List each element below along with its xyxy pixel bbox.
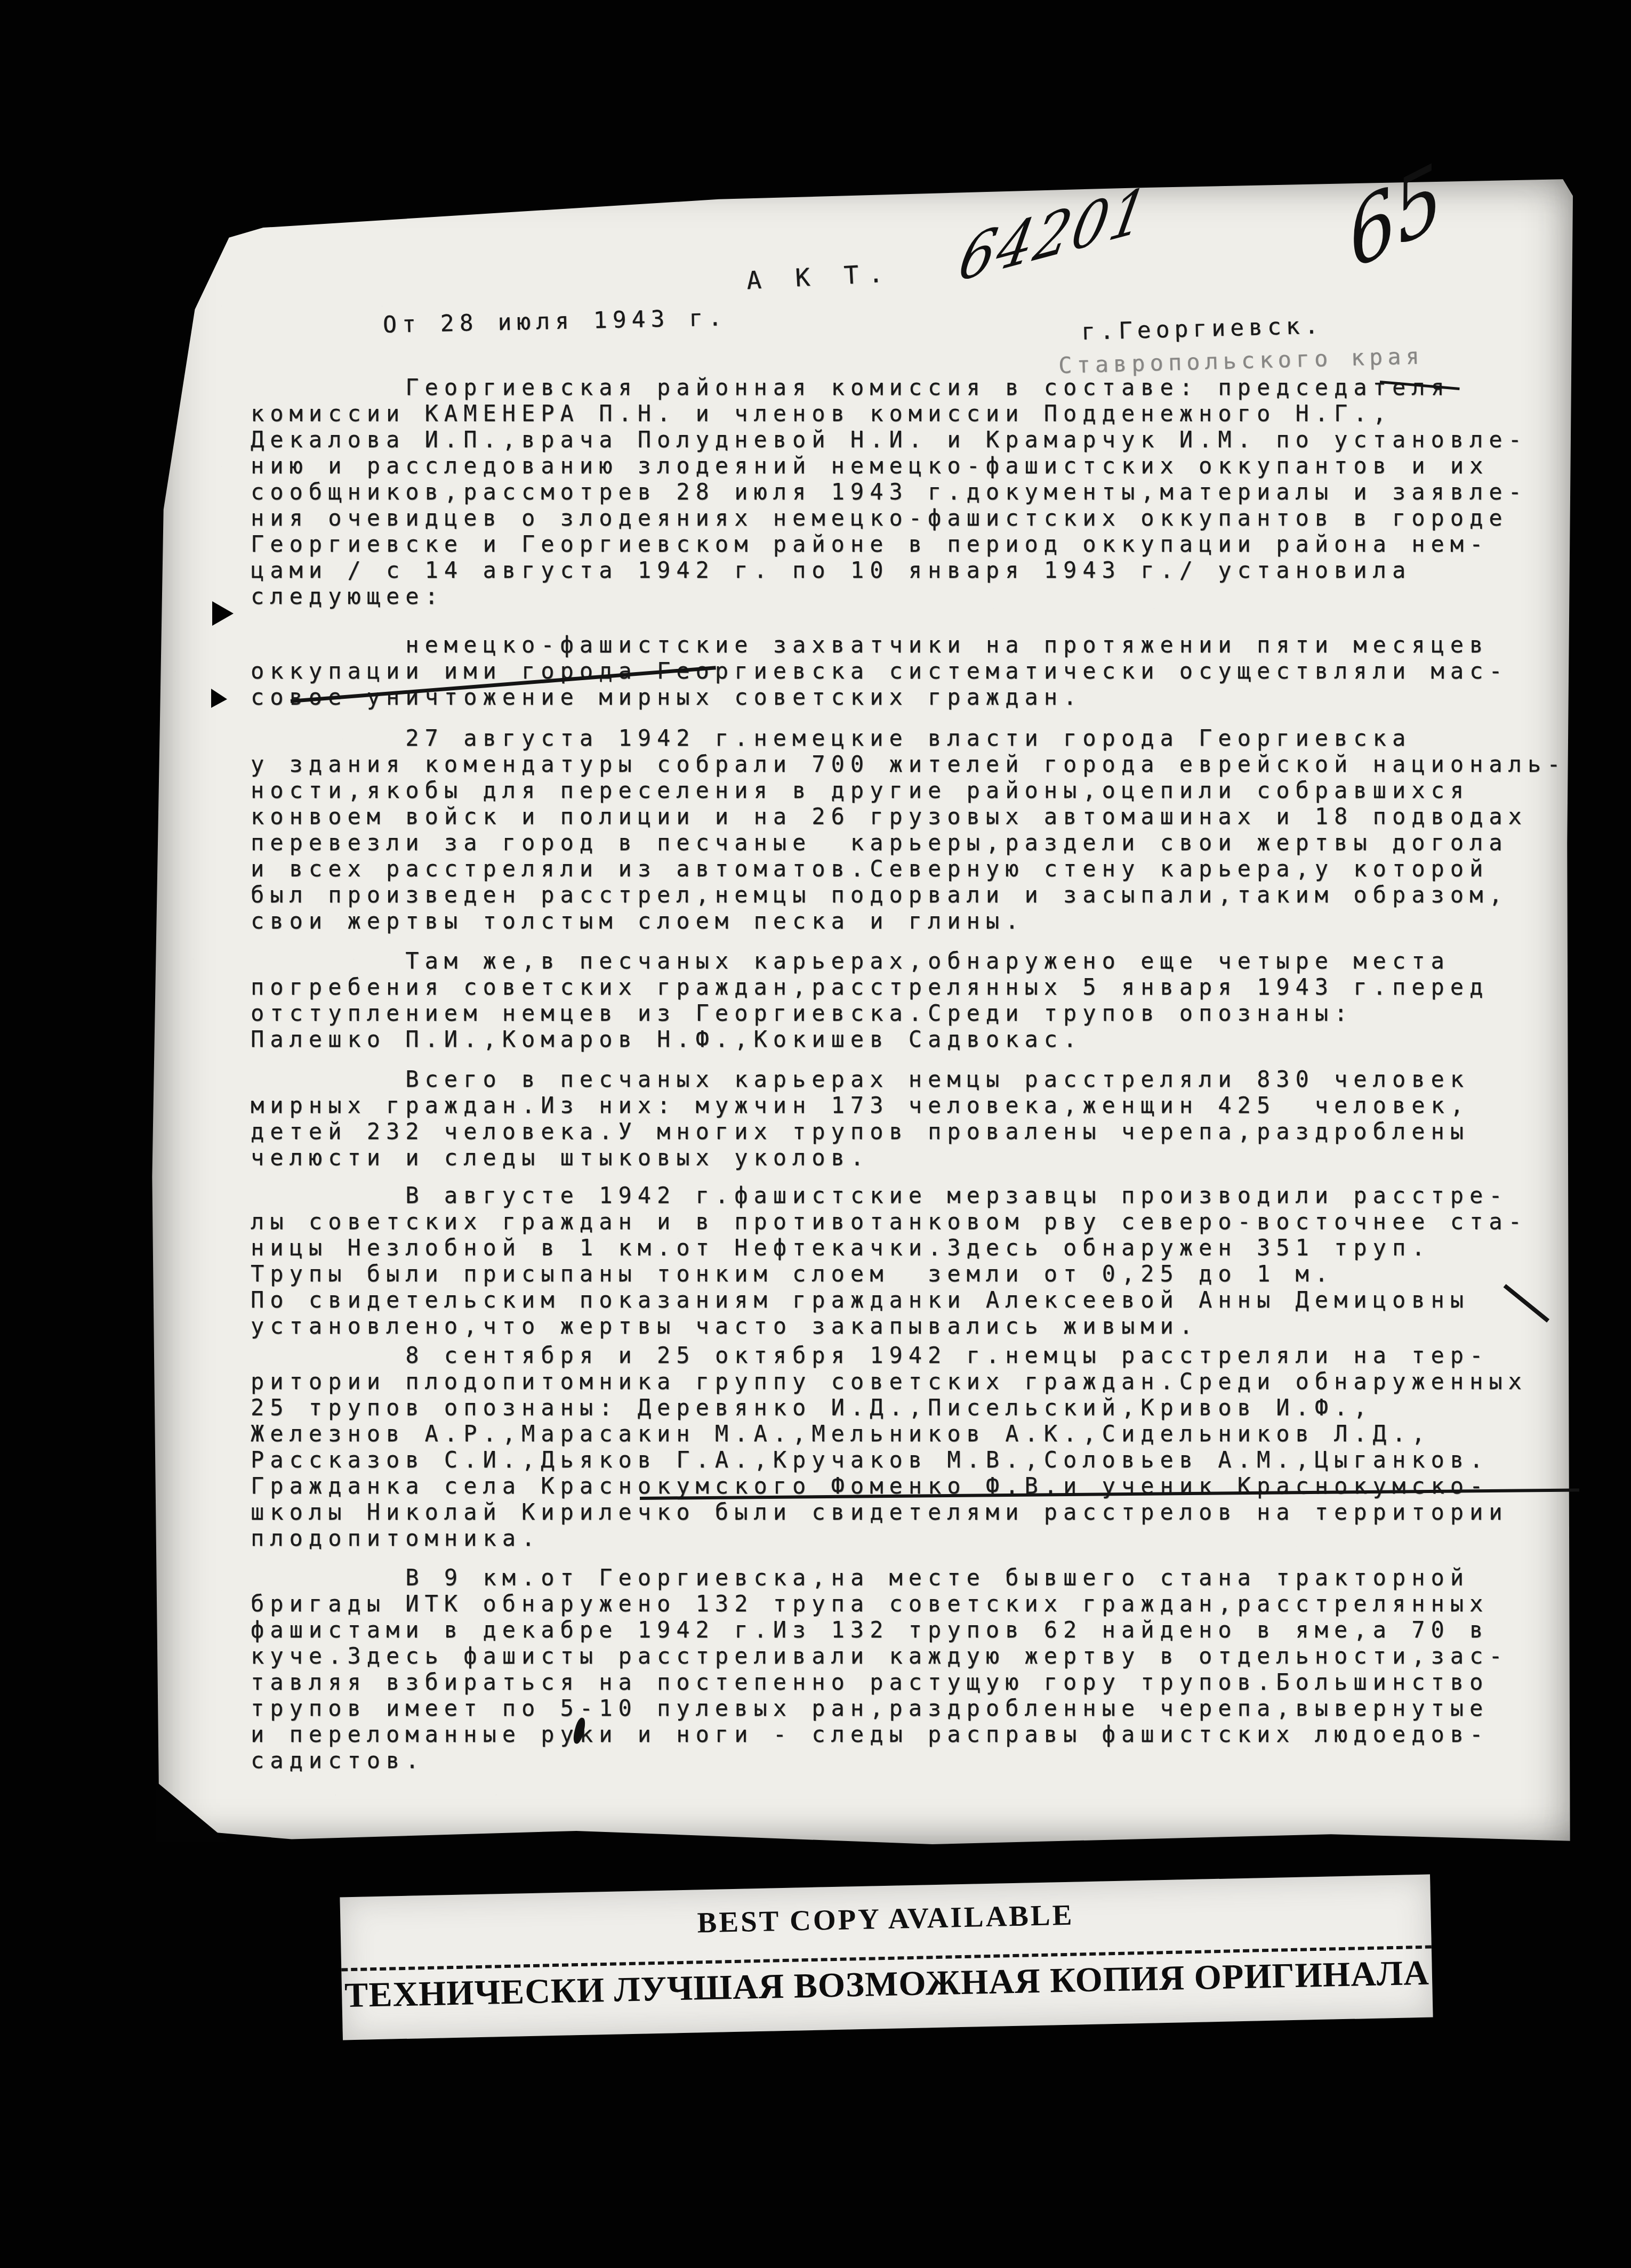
footer-banner: BEST COPY AVAILABLE ТЕХНИЧЕСКИ ЛУЧШАЯ ВО… xyxy=(340,1875,1433,2040)
paragraph-august-27: 27 августа 1942 г.немецкие власти города… xyxy=(251,725,1578,934)
paragraph-occupation-summary: немецко-фашистские захватчики на протяже… xyxy=(251,632,1578,710)
paragraph-tractor-brigade: В 9 км.от Георгиевска,на месте бывшего с… xyxy=(251,1564,1578,1773)
paragraph-commission: Георгиевская районная комиссия в составе… xyxy=(251,374,1578,609)
paragraph-burial-sites: Там же,в песчаных карьерах,обнаружено ещ… xyxy=(251,948,1578,1052)
best-copy-available-label: BEST COPY AVAILABLE xyxy=(340,1891,1431,1947)
technical-copy-label: ТЕХНИЧЕСКИ ЛУЧШАЯ ВОЗМОЖНАЯ КОПИЯ ОРИГИН… xyxy=(341,1946,1432,2016)
scanned-document-page: 64201 65 А К Т. От 28 июля 1943 г. г.Гео… xyxy=(0,0,1631,2268)
paragraph-september-october: 8 сентября и 25 октября 1942 г.немцы рас… xyxy=(251,1342,1578,1551)
paragraph-august-1942: В августе 1942 г.фашистские мерзавцы про… xyxy=(251,1182,1578,1339)
paragraph-totals: Всего в песчаных карьерах немцы расстрел… xyxy=(251,1066,1578,1171)
document-body: Георгиевская районная комиссия в составе… xyxy=(251,374,1578,1773)
